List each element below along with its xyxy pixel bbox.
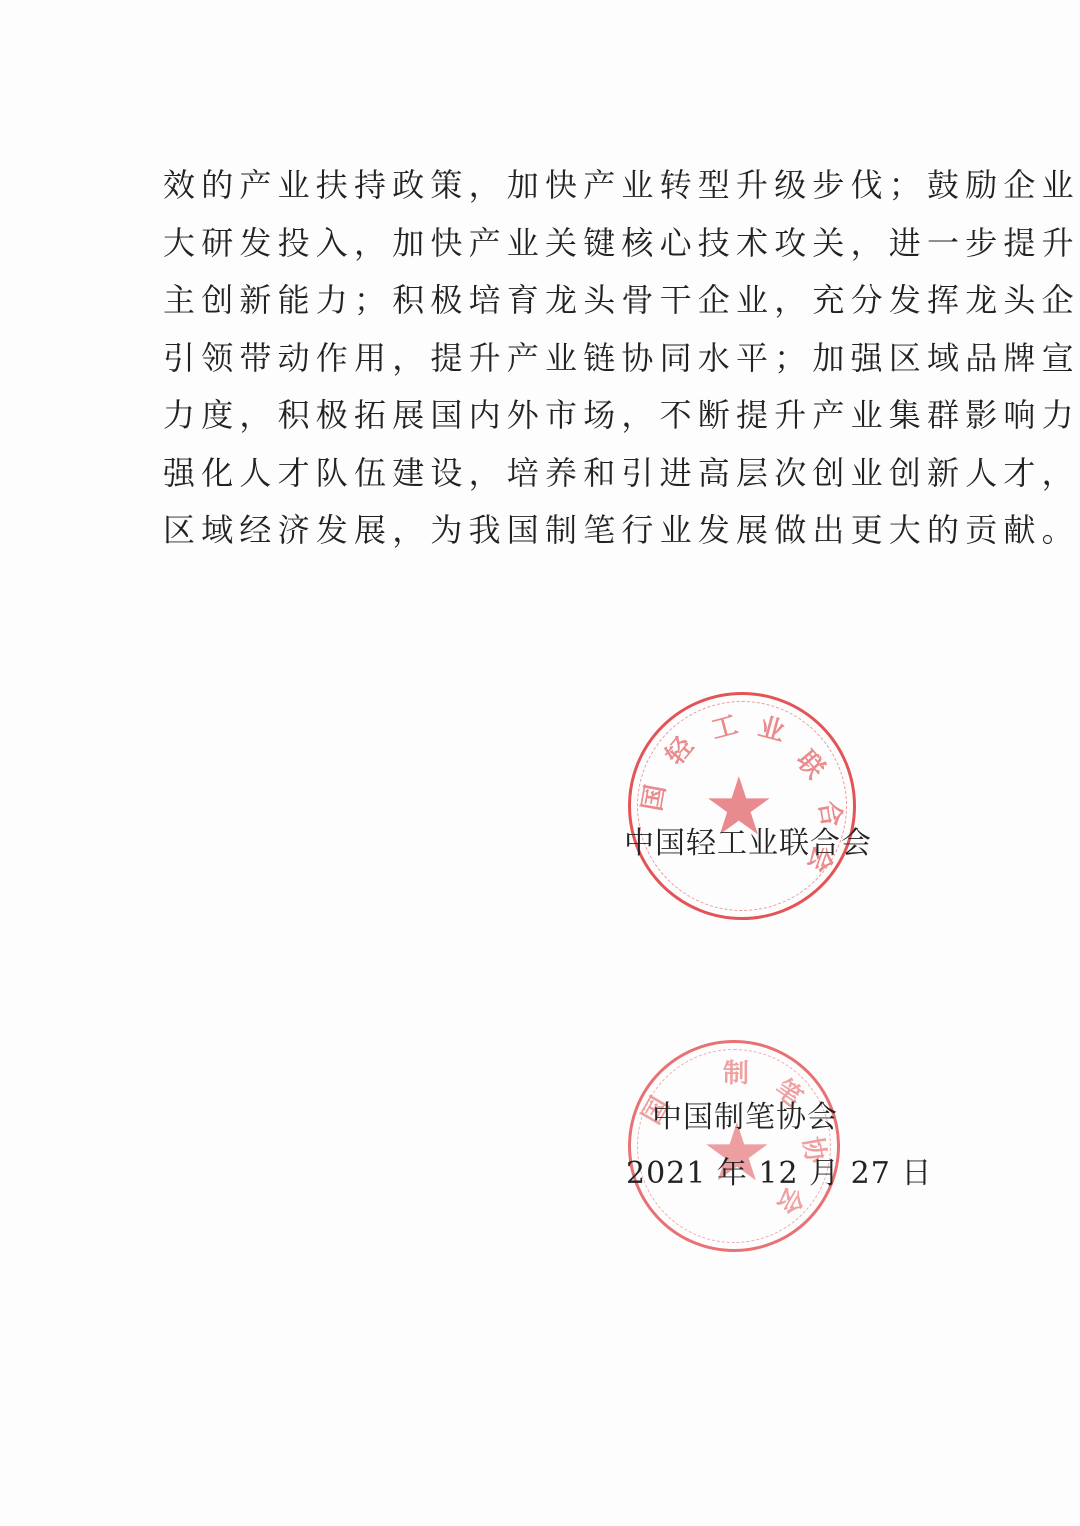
body-line: 大研发投入，加快产业关键核心技术攻关，进一步提升自 bbox=[163, 218, 923, 276]
body-line: 主创新能力；积极培育龙头骨干企业，充分发挥龙头企业 bbox=[163, 275, 923, 333]
body-line: 力度，积极拓展国内外市场，不断提升产业集群影响力； bbox=[163, 390, 923, 448]
body-paragraph: 效的产业扶持政策，加快产业转型升级步伐；鼓励企业加 大研发投入，加快产业关键核心… bbox=[163, 160, 923, 563]
body-line: 强化人才队伍建设，培养和引进高层次创业创新人才，为 bbox=[163, 448, 923, 506]
document-page: 效的产业扶持政策，加快产业转型升级步伐；鼓励企业加 大研发投入，加快产业关键核心… bbox=[0, 0, 1080, 1526]
signer-organization: 中国轻工业联合会 bbox=[624, 818, 872, 862]
seal-char: 制 bbox=[723, 1053, 749, 1090]
signer-organization: 中国制笔协会 bbox=[652, 1092, 838, 1136]
body-line: 引领带动作用，提升产业链协同水平；加强区域品牌宣传 bbox=[163, 333, 923, 391]
body-line: 区域经济发展，为我国制笔行业发展做出更大的贡献。 bbox=[163, 505, 923, 563]
body-line: 效的产业扶持政策，加快产业转型升级步伐；鼓励企业加 bbox=[163, 160, 923, 218]
official-seal-pen-association: 国 制 笔 协 会 ★ bbox=[628, 1040, 840, 1252]
official-seal-light-industry: 国 轻 工 业 联 合 会 ★ bbox=[628, 692, 856, 920]
document-date: 2021 年 12 月 27 日 bbox=[626, 1148, 932, 1192]
